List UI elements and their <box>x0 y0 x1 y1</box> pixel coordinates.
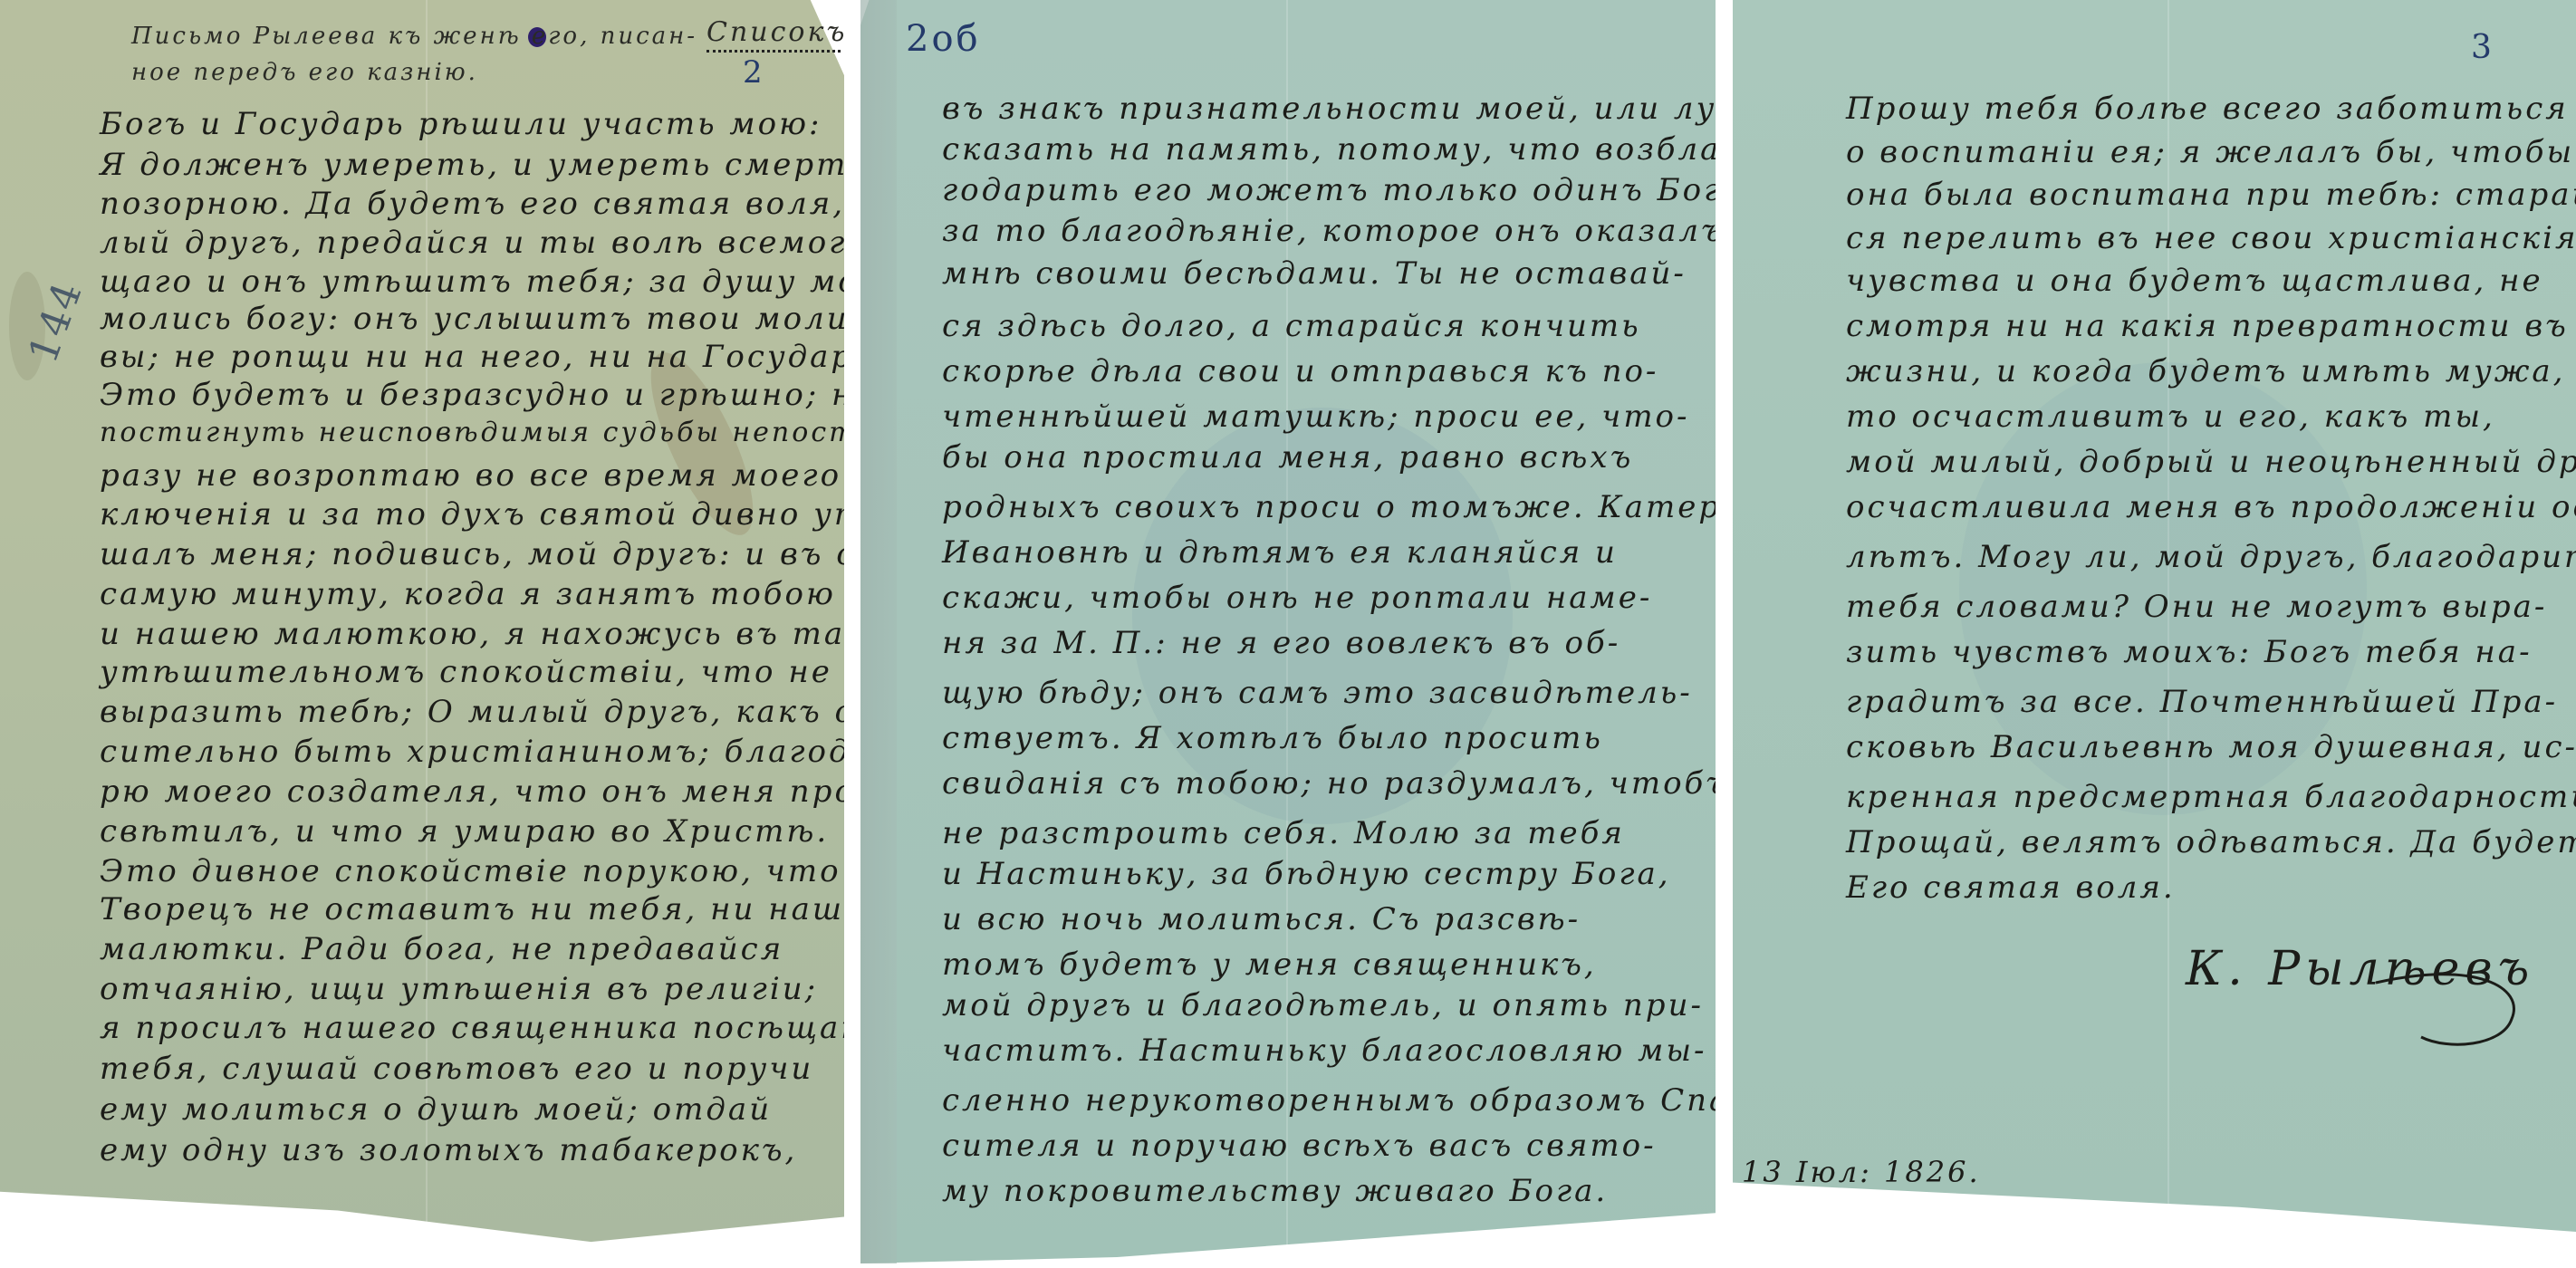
text-line: Богъ и Государь рѣшили участь мою: <box>100 106 822 142</box>
letter-page-2: 2об въ знакъ признательности моей, или л… <box>860 0 1716 1263</box>
text-line: сковьѣ Васильевнѣ моя душевная, ис- <box>1846 729 2576 765</box>
text-line: то осчастливитъ и его, какъ ты, <box>1846 399 2495 435</box>
text-line: градитъ за все. Почтеннѣйшей Пра- <box>1846 684 2558 720</box>
text-line: смотря ни на какія превратности въ <box>1846 308 2569 344</box>
text-line: ствуетъ. Я хотѣлъ было просить <box>942 720 1603 756</box>
text-line: постигнуть неисповѣдимыя судьбы непостиж… <box>100 417 844 448</box>
text-line: позорною. Да будетъ его святая воля, мой… <box>100 186 844 222</box>
text-line: Его святая воля. <box>1846 869 2176 906</box>
signature-flourish <box>2367 960 2530 1060</box>
text-line: малютки. Ради бога, не предавайся <box>100 931 783 967</box>
text-line: тебя, слушай совѣтовъ его и поручи <box>100 1051 813 1087</box>
text-line: я просилъ нашего священника посѣщать <box>100 1010 844 1046</box>
text-line: лый другъ, предайся и ты волѣ всемогу- <box>100 225 844 261</box>
text-line: рю моего создателя, что онъ меня про- <box>100 773 844 810</box>
text-line: му покровительству живаго Бога. <box>942 1173 1608 1209</box>
text-line: лѣтъ. Могу ли, мой другъ, благодарить <box>1846 539 2576 575</box>
text-line: жизни, и когда будетъ имѣть мужа, <box>1846 353 2565 389</box>
text-line: чтеннѣйшей матушкѣ; проси ее, что- <box>942 399 1690 435</box>
text-line: бы она простила меня, равно всѣхъ <box>942 439 1633 475</box>
text-line: томъ будетъ у меня священникъ, <box>942 946 1597 983</box>
letter-page-1: Письмо Рылеева къ женѣ его, писан- ное п… <box>0 0 844 1254</box>
text-line: Ивановнѣ и дѣтямъ ея кланяйся и <box>942 534 1618 571</box>
text-line: зить чувствъ моихъ: Богъ тебя на- <box>1846 634 2533 670</box>
text-line: скажи, чтобы онѣ не роптали наме- <box>942 580 1652 616</box>
text-line: мнѣ своими бесѣдами. Ты не оставай- <box>942 255 1687 292</box>
text-line: разу не возроптаю во все время моего за- <box>100 457 844 494</box>
text-line: и всю ночь молиться. Съ разсвѣ- <box>942 901 1581 937</box>
text-line: и Настиньку, за бѣдную сестру Бога, <box>942 856 1671 892</box>
text-line: за то благодѣяніе, которое онъ оказалъ <box>942 213 1716 249</box>
text-line: осчастливила меня въ продолженіи осьми <box>1846 489 2576 525</box>
text-line: годарить его можетъ только одинъ Богъ <box>942 172 1716 208</box>
text-line: ся здѣсь долго, а старайся кончить <box>942 308 1641 344</box>
letter-page-3: 3 Прошу тебя болѣе всего заботиться о во… <box>1733 0 2576 1232</box>
letter-body: Богъ и Государь рѣшили участь мою: Я дол… <box>100 0 833 1254</box>
text-line: ему одну изъ золотыхъ табакерокъ, <box>100 1132 797 1168</box>
text-line: Это дивное спокойствіе порукою, что <box>100 853 841 889</box>
text-line: и нашею малюткою, я нахожусь въ такомъ <box>100 616 844 652</box>
text-line: сительно быть христіаниномъ; благода- <box>100 734 844 770</box>
text-line: Творецъ не оставитъ ни тебя, ни нашей <box>100 891 844 927</box>
text-line: о воспитаніи ея; я желалъ бы, чтобы <box>1846 134 2574 170</box>
text-line: мой другъ и благодѣтель, и опять при- <box>942 987 1704 1023</box>
letter-body: въ знакъ признательности моей, или лучше… <box>942 0 1703 1263</box>
text-line: мой милый, добрый и неоцѣненный другъ, <box>1846 444 2576 480</box>
text-line: сленно нерукотвореннымъ образомъ Спа- <box>942 1082 1716 1119</box>
text-line: свиданія съ тобою; но раздумалъ, чтобъ <box>942 765 1716 802</box>
text-line: свѣтилъ, и что я умираю во Христѣ. <box>100 813 829 850</box>
text-line: чувства и она будетъ щастлива, не <box>1846 263 2543 299</box>
text-line: щаго и онъ утѣшитъ тебя; за душу мою <box>100 264 844 300</box>
text-line: выразить тебѣ; О милый другъ, какъ спа- <box>100 694 844 730</box>
text-line: она была воспитана при тебѣ: старай- <box>1846 177 2576 213</box>
text-line: ся перелить въ нее свои христіанскія <box>1846 220 2576 256</box>
text-line: шалъ меня; подивись, мой другъ: и въ сію <box>100 536 844 572</box>
text-line: скорѣе дѣла свои и отправься къ по- <box>942 353 1658 389</box>
letter-date: 13 Іюл: 1826. <box>1742 1155 1981 1189</box>
text-line: ня за М. П.: не я его вовлекъ въ об- <box>942 625 1620 661</box>
text-line: Прощай, велятъ одѣваться. Да будетъ <box>1846 824 2576 860</box>
binding-strip <box>860 0 897 1263</box>
text-line: молись богу: онъ услышитъ твои молит- <box>100 301 844 337</box>
text-line: кренная предсмертная благодарность. <box>1846 779 2576 815</box>
text-line: родныхъ своихъ проси о томъже. Катеринѣ <box>942 489 1716 525</box>
text-line: вы; не ропщи ни на него, ни на Государя. <box>100 339 844 375</box>
text-line: Это будетъ и безразсудно и грѣшно; намъ … <box>100 377 844 413</box>
text-line: въ знакъ признательности моей, или лучше <box>942 91 1716 127</box>
text-line: частитъ. Настиньку благословляю мы- <box>942 1033 1707 1069</box>
text-line: ему молиться о душѣ моей; отдай <box>100 1091 772 1128</box>
text-line: Прошу тебя болѣе всего заботиться <box>1846 91 2569 127</box>
text-line: утѣшительномъ спокойствіи, что не могу <box>100 654 844 690</box>
text-line: не разстроить себя. Молю за тебя <box>942 815 1625 851</box>
text-line: тебя словами? Они не могутъ выра- <box>1846 589 2547 625</box>
text-line: самую минуту, когда я занятъ тобою <box>100 576 836 612</box>
text-line: отчаянію, ищи утѣшенія въ религіи; <box>100 971 818 1007</box>
text-line: ключенія и за то духъ святой дивно утѣ- <box>100 496 844 533</box>
text-line: щую бѣду; онъ самъ это засвидѣтель- <box>942 675 1693 711</box>
text-line: сказать на память, потому, что возбла- <box>942 131 1716 168</box>
text-line: сителя и поручаю всѣхъ васъ свято- <box>942 1128 1657 1164</box>
text-line: Я долженъ умереть, и умереть смертію <box>100 147 844 183</box>
